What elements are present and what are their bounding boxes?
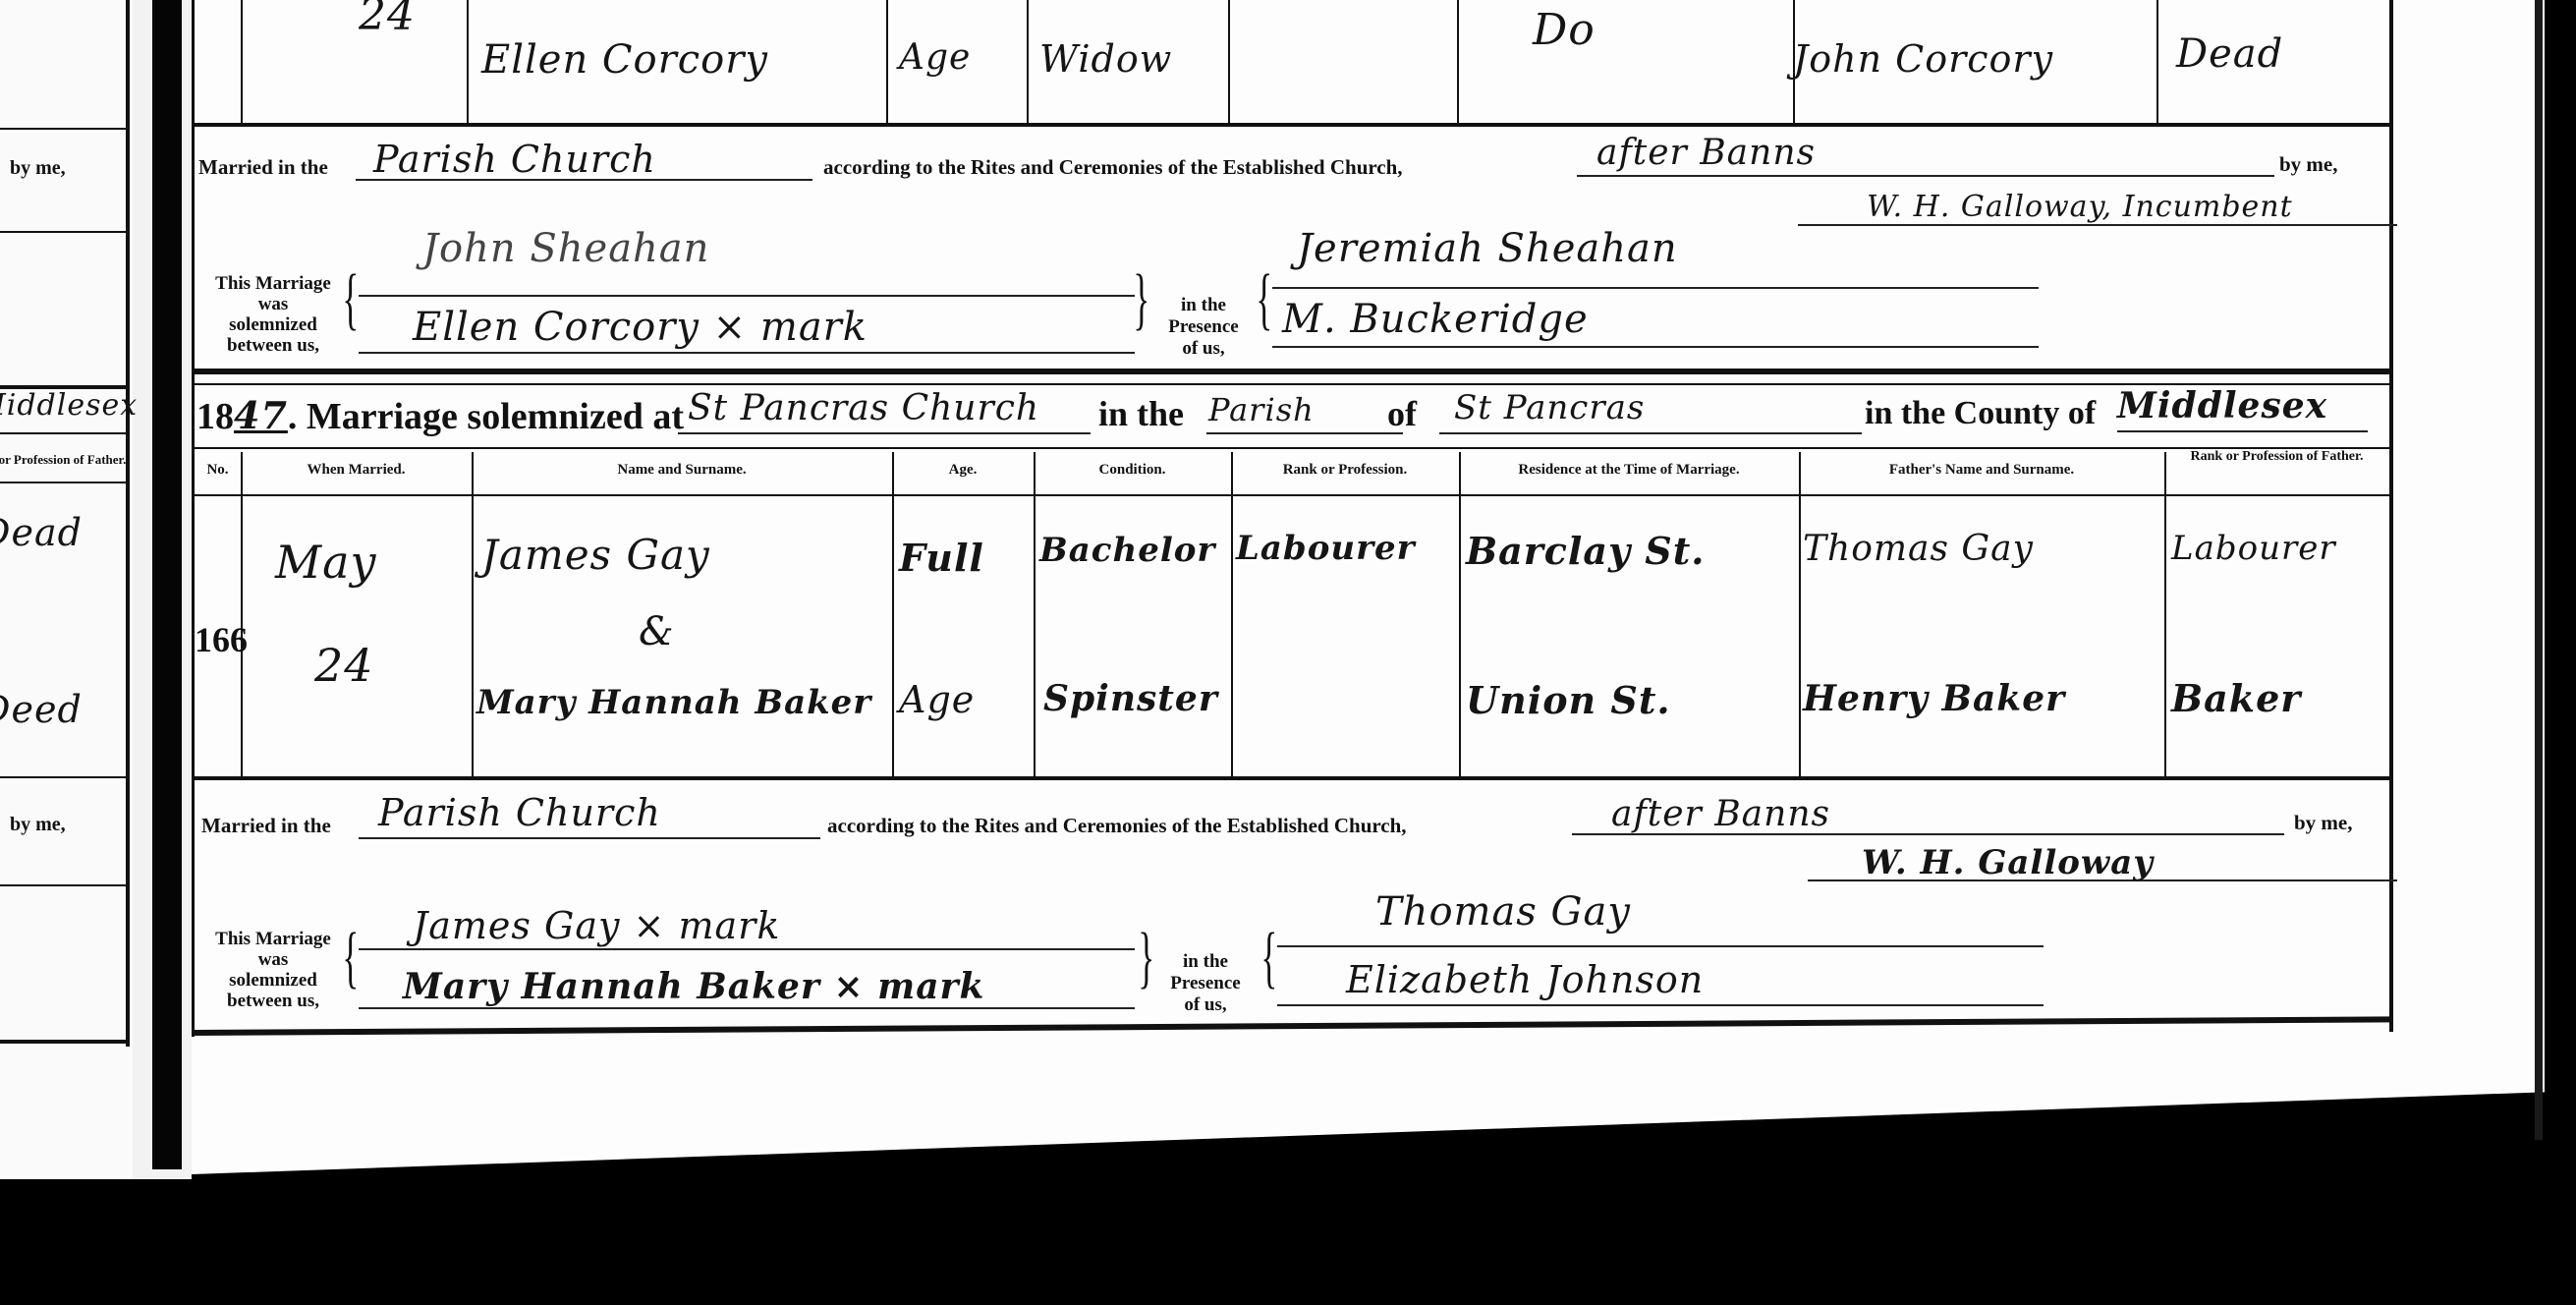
prev-condition: Widow xyxy=(1039,37,1172,81)
divider xyxy=(0,128,126,130)
brace: { xyxy=(342,919,359,997)
solemnized-label: This Marriage was solemnized between us, xyxy=(195,929,352,1011)
underline xyxy=(1277,1004,2044,1006)
party-signature: James Gay × mark xyxy=(413,904,780,947)
groom-condition: Bachelor xyxy=(1039,531,1215,570)
church-name: St Pancras Church xyxy=(688,388,1039,428)
left-entry: Dead xyxy=(0,511,83,554)
col-divider xyxy=(886,0,888,123)
groom-father-name: Thomas Gay xyxy=(1803,529,2034,569)
col-divider xyxy=(1799,452,1801,776)
column-header: Residence at the Time of Marriage. xyxy=(1459,462,1799,478)
groom-age: Full xyxy=(899,536,984,580)
underline xyxy=(359,295,1135,297)
gutter-binding xyxy=(152,0,182,1169)
presence-label: in the Presence of us, xyxy=(1149,295,1258,360)
bride-father-name: Henry Baker xyxy=(1803,678,2065,719)
of-label: of xyxy=(1387,393,1417,434)
page-edge xyxy=(2535,0,2543,1140)
label-line: between us, xyxy=(195,991,352,1011)
prev-father-rank: Dead xyxy=(2176,31,2283,77)
when-married-month: May xyxy=(275,536,377,589)
underline xyxy=(678,432,1091,434)
column-header: Age. xyxy=(892,462,1034,478)
rites-text: according to the Rites and Ceremonies of… xyxy=(827,814,1407,838)
by-me-label: by me, xyxy=(2279,152,2338,177)
underline xyxy=(1272,346,2039,348)
column-header: Name and Surname. xyxy=(472,462,892,478)
entry-heading: 1847. Marriage solemnized at xyxy=(196,393,684,438)
label-line: Presence xyxy=(1151,973,1260,994)
parish-label: Parish xyxy=(1208,391,1315,428)
underline xyxy=(1206,432,1403,434)
col-divider xyxy=(2164,452,2166,776)
label-line: in the xyxy=(1151,951,1260,973)
witness-signature: Jeremiah Sheahan xyxy=(1297,226,1678,271)
label-line: was xyxy=(195,294,352,314)
header-divider xyxy=(192,494,2392,496)
col-divider xyxy=(892,452,894,776)
underline xyxy=(1577,175,2274,177)
prev-father: John Corcory xyxy=(1793,37,2053,81)
prev-age: Age xyxy=(899,37,971,78)
label-line: solemnized xyxy=(195,314,352,335)
solemnized-label: This Marriage was solemnized between us, xyxy=(195,273,352,356)
label-line: solemnized xyxy=(195,970,352,991)
divider xyxy=(0,776,126,778)
married-in-label: Married in the xyxy=(201,814,331,838)
minister-signature: W. H. Galloway xyxy=(1862,843,2154,882)
col-divider xyxy=(1457,0,1459,123)
label-line: This Marriage xyxy=(195,929,352,949)
col-divider xyxy=(467,0,469,123)
by-value: after Banns xyxy=(1611,794,1830,834)
groom-father-rank: Labourer xyxy=(2171,529,2336,568)
label-line: in the xyxy=(1149,295,1258,316)
scan-background xyxy=(2545,0,2576,1305)
bride-residence: Union St. xyxy=(1466,678,1671,722)
col-divider xyxy=(2156,0,2158,123)
witness-signature: Elizabeth Johnson xyxy=(1346,958,1704,1001)
and-mark: & xyxy=(639,609,675,654)
presence-label: in the Presence of us, xyxy=(1151,951,1260,1016)
left-county: Middlesex xyxy=(0,388,138,423)
col-divider xyxy=(1459,452,1461,776)
label-line: between us, xyxy=(195,335,352,356)
underline xyxy=(359,1007,1135,1009)
column-header: Rank or Profession of Father. xyxy=(2164,449,2389,465)
witness-signature: Thomas Gay xyxy=(1375,889,1631,935)
divider xyxy=(0,231,126,233)
label-line: was xyxy=(195,949,352,970)
party-signature: Ellen Corcory × mark xyxy=(413,305,868,350)
divider xyxy=(0,884,126,886)
entry-divider xyxy=(192,383,2392,385)
bride-father-rank: Baker xyxy=(2171,676,2301,720)
by-me-label: by me, xyxy=(2294,811,2353,835)
form-border-right xyxy=(2389,0,2393,1032)
county-name: Middlesex xyxy=(2117,385,2327,426)
col-divider xyxy=(1231,452,1233,776)
married-in-value: Parish Church xyxy=(378,791,661,834)
form-border-left xyxy=(192,0,195,1037)
label-line: of us, xyxy=(1149,338,1258,360)
underline xyxy=(1798,224,2397,226)
row-divider xyxy=(192,776,2392,780)
parish-name: St Pancras xyxy=(1454,388,1645,427)
by-value: after Banns xyxy=(1596,133,1816,173)
underline xyxy=(1272,287,2039,289)
bride-condition: Spinster xyxy=(1043,678,1218,719)
col-divider xyxy=(1034,452,1036,776)
left-by-me: by me, xyxy=(10,157,66,180)
brace: { xyxy=(1260,919,1277,997)
entry-divider xyxy=(192,369,2392,374)
party-signature: John Sheahan xyxy=(422,226,709,271)
underline xyxy=(2117,430,2368,432)
brace: { xyxy=(342,260,359,339)
divider xyxy=(0,432,126,434)
col-divider xyxy=(241,452,243,776)
left-page-border xyxy=(126,0,130,1047)
in-the-label: in the xyxy=(1098,393,1184,434)
prev-day: 24 xyxy=(359,0,416,40)
row-divider xyxy=(192,123,2392,127)
divider xyxy=(0,482,126,483)
underline xyxy=(1277,945,2044,947)
col-divider xyxy=(1228,0,1230,123)
header-divider xyxy=(192,447,2392,449)
groom-rank: Labourer xyxy=(1236,529,1416,568)
groom-name: James Gay xyxy=(481,531,710,579)
brace: { xyxy=(1256,260,1272,339)
brace: } xyxy=(1133,260,1149,339)
col-divider xyxy=(472,452,474,776)
year-suffix: 47 xyxy=(234,393,288,437)
label-line: Presence xyxy=(1149,316,1258,338)
year-prefix: 18 xyxy=(196,396,234,437)
label-line: This Marriage xyxy=(195,273,352,294)
prev-residence: Do xyxy=(1533,5,1596,55)
married-in-label: Married in the xyxy=(198,155,328,180)
prev-name: Ellen Corcory xyxy=(481,37,768,83)
column-header: When Married. xyxy=(241,462,472,478)
county-label: in the County of xyxy=(1865,395,2096,432)
column-header: Father's Name and Surname. xyxy=(1799,462,2164,478)
minister-signature: W. H. Galloway, Incumbent xyxy=(1867,190,2293,224)
entry-number: 166 xyxy=(195,619,248,660)
married-in-value: Parish Church xyxy=(373,138,656,181)
underline xyxy=(1439,432,1862,434)
label-line: of us, xyxy=(1151,994,1260,1016)
bride-name: Mary Hannah Baker xyxy=(476,683,871,722)
party-signature: Mary Hannah Baker × mark xyxy=(403,966,984,1007)
col-divider xyxy=(241,0,243,123)
witness-signature: M. Buckeridge xyxy=(1282,297,1589,342)
column-header: Rank or Profession. xyxy=(1231,462,1459,478)
divider xyxy=(0,1040,128,1044)
column-header: Condition. xyxy=(1034,462,1231,478)
col-divider xyxy=(1027,0,1029,123)
left-entry: Deed xyxy=(0,688,83,731)
underline xyxy=(359,948,1135,950)
solemnized-at-label: . Marriage solemnized at xyxy=(288,396,684,437)
left-header: Rank or Profession of Father. xyxy=(0,452,126,468)
left-by-me: by me, xyxy=(10,814,66,836)
rites-text: according to the Rites and Ceremonies of… xyxy=(823,155,1403,180)
bride-age: Age xyxy=(899,678,975,721)
when-married-day: 24 xyxy=(314,639,374,692)
groom-residence: Barclay St. xyxy=(1466,529,1706,573)
underline xyxy=(359,352,1135,354)
underline xyxy=(359,837,820,839)
column-header: No. xyxy=(195,462,241,478)
